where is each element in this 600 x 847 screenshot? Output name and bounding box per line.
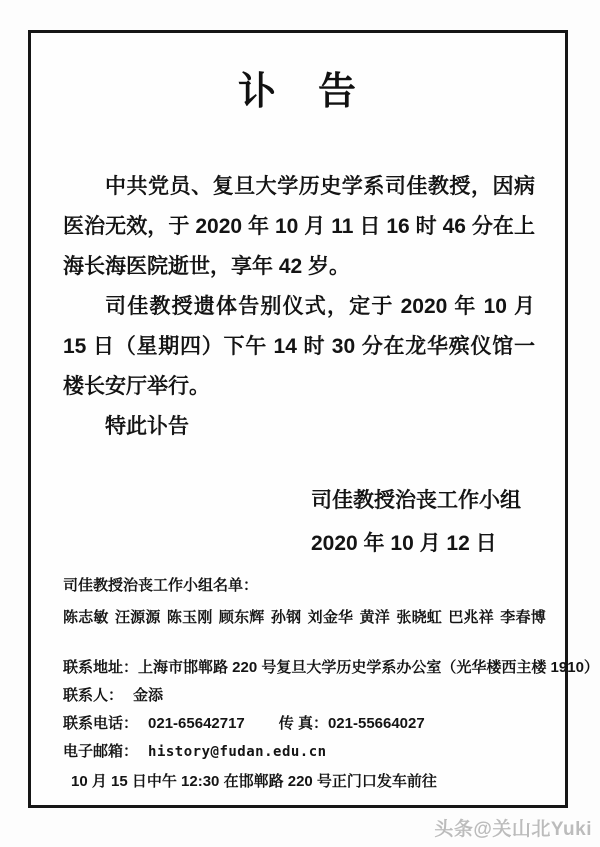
committee-members: 陈志敏 汪源源 陈玉刚 顾东辉 孙钢 刘金华 黄洋 张晓虹 巴兆祥 李春博	[63, 608, 537, 628]
fax-value: 021-55664027	[328, 715, 425, 732]
notice-body: 中共党员、复旦大学历史学系司佳教授，因病医治无效，于 2020 年 10 月 1…	[31, 167, 565, 447]
phone-label: 联系电话：	[63, 715, 138, 732]
notice-paragraph: 司佳教授遗体告别仪式，定于 2020 年 10 月 15 日（星期四）下午 14…	[63, 287, 535, 407]
fax-label: 传 真：	[279, 715, 328, 732]
contact-address-line: 联系地址：上海市邯郸路 220 号复旦大学历史学系办公室（光华楼西主楼 1910…	[63, 654, 541, 682]
transport-note: 10 月 15 日中午 12:30 在邯郸路 220 号正门口发车前往	[63, 768, 541, 796]
notice-paragraph: 特此讣告	[63, 407, 535, 447]
committee-heading: 司佳教授治丧工作小组名单：	[63, 575, 537, 597]
email-value: history@fudan.edu.cn	[148, 744, 327, 760]
committee-section: 司佳教授治丧工作小组名单： 陈志敏 汪源源 陈玉刚 顾东辉 孙钢 刘金华 黄洋 …	[31, 575, 565, 628]
contact-email-line: 电子邮箱：history@fudan.edu.cn	[63, 738, 541, 766]
signature-date: 2020 年 10 月 12 日	[311, 522, 521, 565]
obituary-page: 讣 告 中共党员、复旦大学历史学系司佳教授，因病医治无效，于 2020 年 10…	[0, 0, 600, 847]
contact-person-value: 金添	[133, 687, 163, 704]
contact-person-label: 联系人：	[63, 687, 123, 704]
phone-value: 021-65642717	[148, 715, 245, 732]
address-label: 联系地址：	[63, 659, 138, 676]
contact-person-line: 联系人：金添	[63, 682, 541, 710]
contact-phone-line: 联系电话：021-65642717传 真：021-55664027	[63, 710, 541, 738]
email-label: 电子邮箱：	[63, 743, 138, 760]
notice-frame: 讣 告 中共党员、复旦大学历史学系司佳教授，因病医治无效，于 2020 年 10…	[28, 30, 568, 808]
signature-block: 司佳教授治丧工作小组 2020 年 10 月 12 日	[31, 479, 565, 565]
contact-section: 联系地址：上海市邯郸路 220 号复旦大学历史学系办公室（光华楼西主楼 1910…	[31, 654, 565, 796]
notice-title: 讣 告	[31, 69, 565, 115]
address-value: 上海市邯郸路 220 号复旦大学历史学系办公室（光华楼西主楼 1910）	[138, 659, 599, 676]
signature-line: 司佳教授治丧工作小组	[311, 479, 521, 522]
notice-paragraph: 中共党员、复旦大学历史学系司佳教授，因病医治无效，于 2020 年 10 月 1…	[63, 167, 535, 287]
watermark: 头条@关山北Yuki	[434, 814, 592, 841]
